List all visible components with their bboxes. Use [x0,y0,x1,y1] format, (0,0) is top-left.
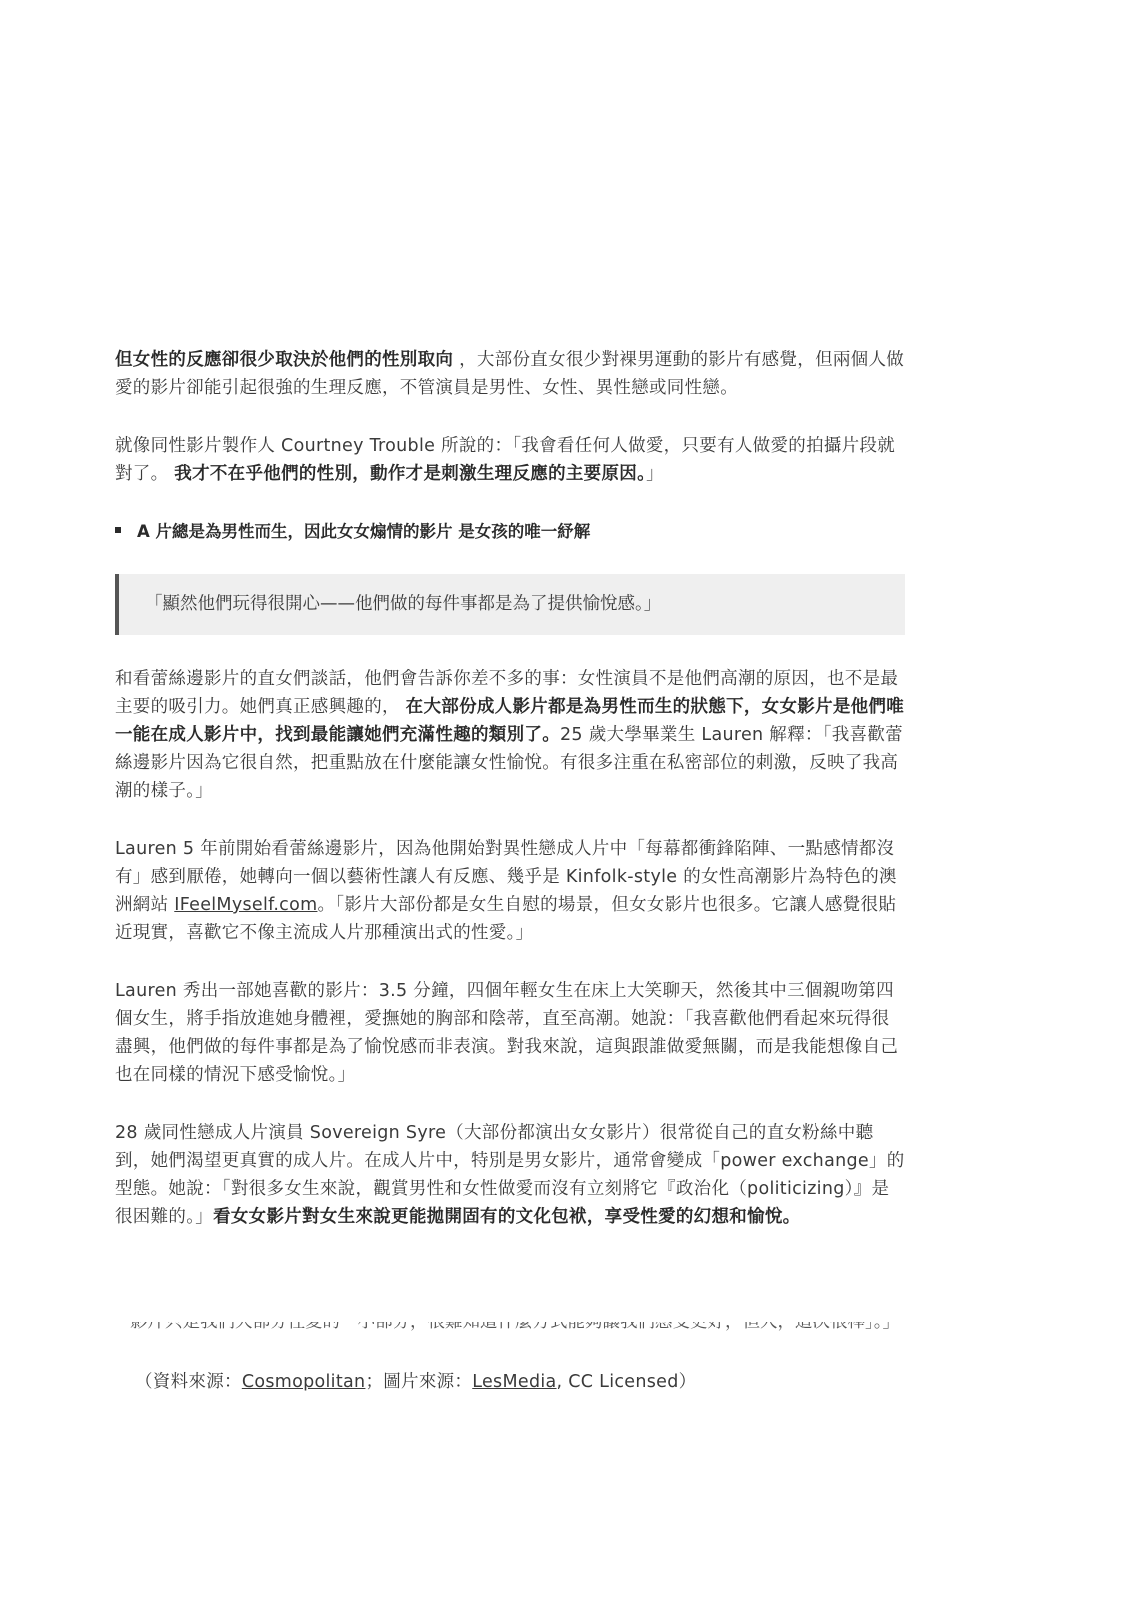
paragraph-6: 28 歲同性戀成人片演員 Sovereign Syre（大部份都演出女女影片）很… [115,1119,905,1231]
cosmopolitan-link[interactable]: Cosmopolitan [242,1372,366,1392]
paragraph-6-bold: 看女女影片對女生來說更能拋開固有的文化包袱，享受性愛的幻想和愉悅。 [213,1207,800,1227]
source-prefix: （資料來源： [135,1372,242,1392]
paragraph-4: Lauren 5 年前開始看蕾絲邊影片，因為他開始對異性戀成人片中「每幕都衝鋒陷… [115,835,905,947]
blockquote-text: 「顯然他們玩得很開心——他們做的每件事都是為了提供愉悅感。」 [145,594,661,614]
lesmedia-link[interactable]: LesMedia [472,1372,556,1392]
paragraph-2-end: 」 [646,464,664,484]
paragraph-5: Lauren 秀出一部她喜歡的影片：3.5 分鐘，四個年輕女生在床上大笑聊天，然… [115,977,905,1089]
clipped-text: 影片只是我們大部分性愛的一小部分，很難知道什麼方式能夠讓我們感受更好，但人，這次… [130,1322,890,1336]
bullet-text: A 片總是為男性而生，因此女女煽情的影片 是女孩的唯一紓解 [137,518,590,542]
paragraph-1-bold: 但女性的反應卻很少取決於他們的性別取向 [115,350,453,370]
paragraph-2: 就像同性影片製作人 Courtney Trouble 所說的：「我會看任何人做愛… [115,432,905,488]
paragraph-1: 但女性的反應卻很少取決於他們的性別取向 ，大部份直女很少對裸男運動的影片有感覺，… [115,346,905,402]
article-body: 但女性的反應卻很少取決於他們的性別取向 ，大部份直女很少對裸男運動的影片有感覺，… [115,346,905,1261]
paragraph-2-bold: 我才不在乎他們的性別，動作才是刺激生理反應的主要原因。 [174,464,646,484]
ifeelmyself-link[interactable]: IFeelMyself.com [174,895,317,915]
clipped-text-line: 影片只是我們大部分性愛的一小部分，很難知道什麼方式能夠讓我們感受更好，但人，這次… [130,1322,890,1336]
source-credits: （資料來源：Cosmopolitan；圖片來源：LesMedia, CC Lic… [135,1368,696,1396]
section-heading-bullet: A 片總是為男性而生，因此女女煽情的影片 是女孩的唯一紓解 [115,518,905,542]
square-bullet-icon [115,527,121,533]
blockquote: 「顯然他們玩得很開心——他們做的每件事都是為了提供愉悅感。」 [115,574,905,635]
paragraph-3: 和看蕾絲邊影片的直女們談話，他們會告訴你差不多的事：女性演員不是他們高潮的原因，… [115,665,905,805]
source-suffix: , CC Licensed） [557,1372,697,1392]
source-mid: ；圖片來源： [365,1372,472,1392]
